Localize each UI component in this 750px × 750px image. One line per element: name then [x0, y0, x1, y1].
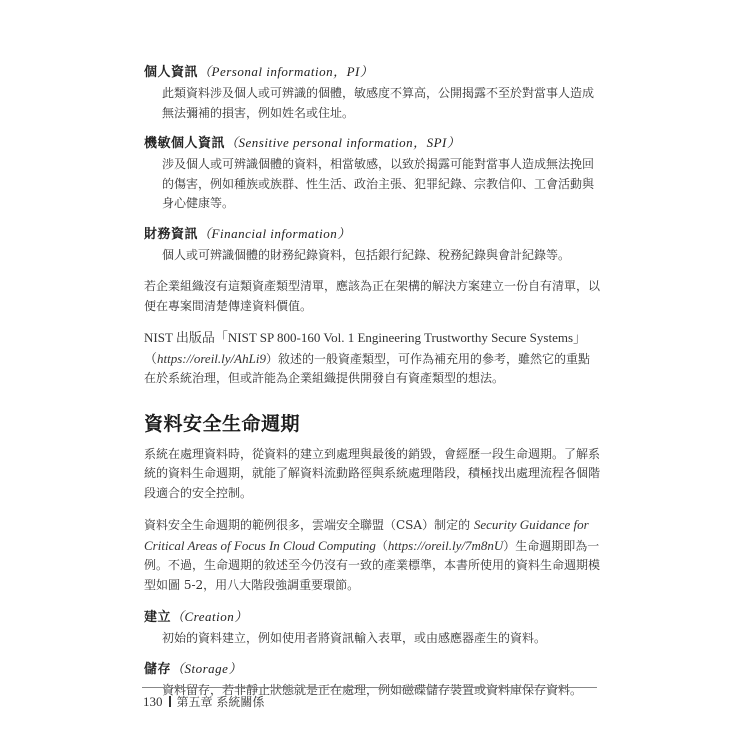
paragraph-lifecycle: 系統在處理資料時，從資料的建立到處理與最後的銷毀，會經歷一段生命週期。了解系統的…	[144, 445, 600, 504]
csa-link[interactable]: https://oreil.ly/7m8nU	[388, 538, 503, 553]
term-english: （Storage）	[171, 661, 242, 676]
csa-prefix: 資料安全生命週期的範例很多，雲端安全聯盟（CSA）制定的	[144, 518, 474, 532]
definition-financial: 個人或可辨識個體的財務紀錄資料，包括銀行紀錄、稅務紀錄與會計紀錄等。	[162, 246, 600, 266]
term-label: 個人資訊	[144, 65, 198, 80]
footer-separator	[169, 696, 171, 707]
term-financial: 財務資訊（Financial information）	[144, 224, 600, 244]
paragraph-csa: 資料安全生命週期的範例很多，雲端安全聯盟（CSA）制定的 Security Gu…	[144, 515, 600, 595]
paragraph-inventory: 若企業組織沒有這類資產類型清單，應該為正在架構的解決方案建立一份自有清單，以便在…	[144, 277, 600, 316]
term-label: 財務資訊	[144, 227, 198, 242]
section-heading: 資料安全生命週期	[144, 411, 600, 437]
paragraph-nist: NIST 出版品「NIST SP 800-160 Vol. 1 Engineer…	[144, 328, 600, 389]
page-footer: 130 第五章 系統關係	[143, 693, 264, 710]
term-spi: 機敏個人資訊（Sensitive personal information，SP…	[144, 133, 600, 153]
term-english: （Creation）	[171, 609, 248, 624]
term-pi: 個人資訊（Personal information，PI）	[144, 62, 600, 82]
nist-link[interactable]: https://oreil.ly/AhLi9	[157, 351, 266, 366]
term-storage: 儲存（Storage）	[144, 659, 600, 679]
chapter-title: 第五章 系統關係	[177, 693, 265, 710]
page-number: 130	[143, 694, 163, 710]
term-label: 機敏個人資訊	[144, 136, 225, 151]
definition-creation: 初始的資料建立，例如使用者將資訊輸入表單，或由感應器產生的資料。	[162, 629, 600, 649]
term-label: 儲存	[144, 662, 171, 677]
footer-divider	[142, 687, 597, 688]
page-body: 個人資訊（Personal information，PI） 此類資料涉及個人或可…	[144, 62, 600, 700]
term-label: 建立	[144, 610, 171, 625]
term-english: （Financial information）	[198, 226, 351, 241]
definition-pi: 此類資料涉及個人或可辨識的個體，敏感度不算高，公開揭露不至於對當事人造成無法彌補…	[162, 84, 600, 123]
term-creation: 建立（Creation）	[144, 607, 600, 627]
term-english: （Personal information，PI）	[198, 64, 373, 79]
term-english: （Sensitive personal information，SPI）	[225, 135, 460, 150]
definition-spi: 涉及個人或可辨識個體的資料，相當敏感，以致於揭露可能對當事人造成無法挽回的傷害，…	[162, 155, 600, 214]
csa-paren: （	[376, 539, 388, 553]
